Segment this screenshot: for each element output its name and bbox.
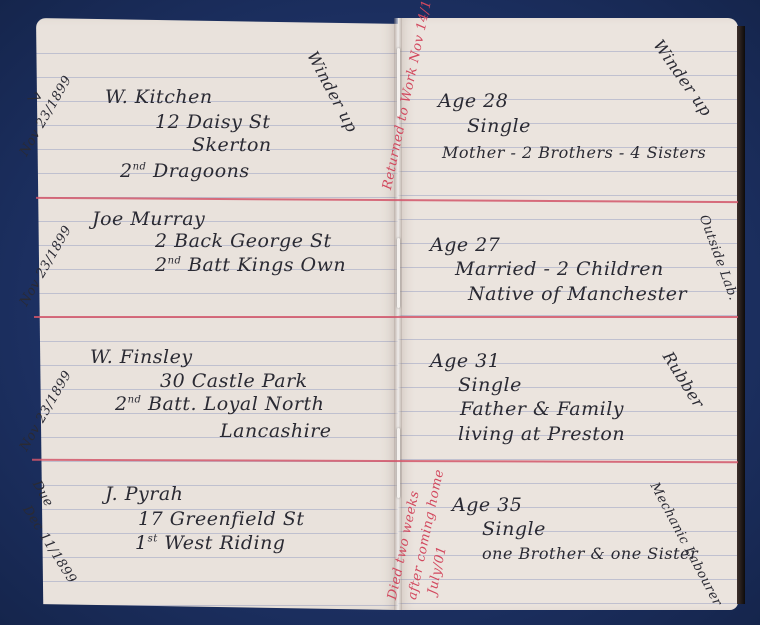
entry-regiment: 2nd Dragoons (120, 160, 250, 182)
entry-family: Father & Family (460, 398, 624, 420)
entry-age: Age 35 (452, 494, 522, 516)
entry-family: one Brother & one Sister (482, 544, 698, 563)
entry-regiment-line2: Lancashire (220, 420, 332, 442)
entry-name: Joe Murray (92, 208, 205, 230)
entry-address-line2: Skerton (192, 134, 272, 156)
binding-stitch (397, 428, 400, 498)
page-edge (737, 26, 745, 604)
entry-age: Age 31 (430, 350, 500, 372)
entry-name: J. Pyrah (105, 483, 183, 505)
open-notebook: 7 Nov 23/1899 W. Kitchen 12 Daisy St Ske… (20, 18, 745, 610)
entry-status: Married - 2 Children (455, 258, 664, 280)
entry-family: Native of Manchester (468, 283, 687, 305)
entry-family: Mother - 2 Brothers - 4 Sisters (442, 143, 706, 162)
entry-regiment: 2nd Batt. Loyal North (115, 393, 324, 415)
entry-address: 12 Daisy St (155, 111, 271, 133)
entry-regiment: 2nd Batt Kings Own (155, 254, 346, 276)
red-rule (34, 316, 738, 318)
entry-name: W. Finsley (90, 346, 193, 368)
entry-name: W. Kitchen (105, 86, 213, 108)
entry-age: Age 28 (438, 90, 508, 112)
entry-address: 30 Castle Park (160, 370, 308, 392)
entry-status: Single (467, 115, 531, 137)
entry-family-line2: living at Preston (458, 423, 625, 445)
entry-age: Age 27 (430, 234, 500, 256)
entry-regiment: 1st West Riding (135, 532, 285, 554)
entry-address: 2 Back George St (155, 230, 332, 252)
binding-stitch (397, 238, 400, 308)
entry-status: Single (458, 374, 522, 396)
entry-status: Single (482, 518, 546, 540)
entry-address: 17 Greenfield St (138, 508, 305, 530)
